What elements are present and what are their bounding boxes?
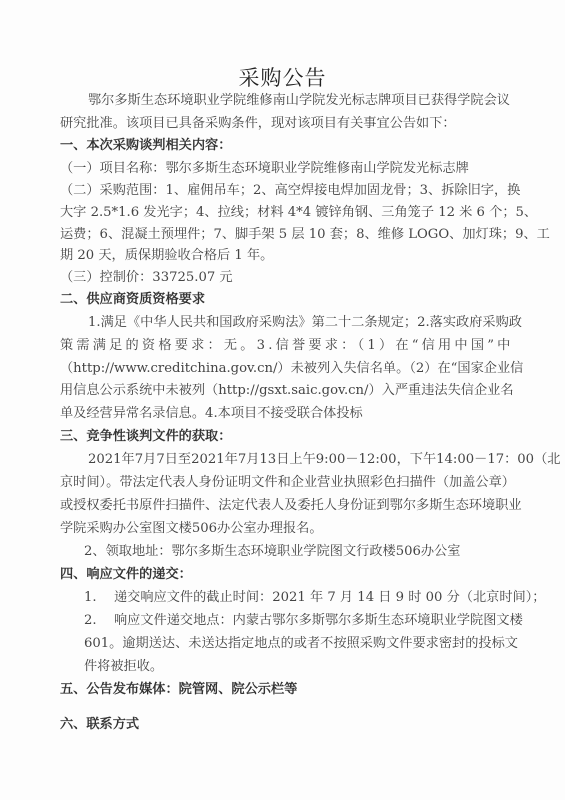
qualification-line-3: （http://www.creditchina.gov.cn/）未被列入失信名单… — [60, 360, 523, 378]
section-4-heading: 四、响应文件的递交： — [60, 566, 192, 584]
project-name-line: （一）项目名称：鄂尔多斯生态环境职业学院维修南山学院发光标志牌 — [60, 160, 469, 178]
qualification-line-1: 1.满足《中华人民共和国政府采购法》第二十二条规定；2.落实政府采购政 — [88, 314, 522, 332]
scope-line-2: 大字 2.5*1.6 发光字；4、拉线；材料 4*4 镀锌角钢、三角笼子 12 … — [60, 204, 537, 222]
section-1-heading: 一、本次采购谈判相关内容： — [60, 137, 231, 155]
intro-line-2: 研究批准。该项目已具备采购条件，现对该项目有关事宜公告如下： — [60, 115, 456, 133]
pickup-address-line: 2、领取地址：鄂尔多斯生态环境职业学院图文行政楼506办公室 — [84, 543, 460, 561]
document-page: 采购公告 鄂尔多斯生态环境职业学院维修南山学院发光标志牌项目已获得学院会议 研究… — [0, 0, 565, 800]
section-3-heading: 三、竞争性谈判文件的获取： — [60, 428, 231, 446]
submission-location-line-2: 601。逾期送达、未送达指定地点的或者不按照采购文件要求密封的投标文 — [84, 635, 518, 653]
control-price-line: （三）控制价：33725.07 元 — [60, 269, 233, 287]
qualification-line-4: 用信息公示系统中未被列（http://gsxt.saic.gov.cn/）入严重… — [60, 382, 514, 400]
section-6-heading: 六、联系方式 — [60, 716, 139, 734]
intro-line-1: 鄂尔多斯生态环境职业学院维修南山学院发光标志牌项目已获得学院会议 — [88, 92, 510, 110]
acquisition-line-4: 学院采购办公室图文楼506办公室办理报名。 — [60, 520, 323, 538]
section-5-heading: 五、公告发布媒体：院管网、院公示栏等 — [60, 681, 297, 699]
acquisition-line-1: 2021年7月7日至2021年7月13日上午9:00－12:00，下午14:00… — [88, 451, 560, 469]
qualification-line-2: 策需满足的资格要求：无。3.信誉要求：（1）在“信用中国”中 — [60, 337, 514, 355]
qualification-line-5: 单及经营异常名录信息。4.本项目不接受联合体投标 — [60, 405, 363, 423]
submission-location-line-1: 2. 响应文件递交地点：内蒙古鄂尔多斯鄂尔多斯生态环境职业学院图文楼 — [84, 612, 523, 630]
acquisition-line-2: 京时间）。带法定代表人身份证明文件和企业营业执照彩色扫描件（加盖公章） — [60, 474, 515, 492]
acquisition-line-3: 或授权委托书原件扫描件、法定代表人及委托人身份证到鄂尔多斯生态环境职业 — [60, 497, 522, 515]
scope-line-3: 运费；6、混凝土预埋件；7、脚手架 5 层 10 套；8、维修 LOGO、加灯珠… — [60, 226, 550, 244]
scope-line-1: （二）采购范围：1、雇佣吊车；2、高空焊接电焊加固龙骨；3、拆除旧字，换 — [60, 182, 520, 200]
section-2-heading: 二、供应商资质资格要求 — [60, 291, 205, 309]
submission-location-line-3: 件将被拒收。 — [84, 658, 163, 676]
scope-line-4: 期 20 天，质保期验收合格后 1 年。 — [60, 247, 273, 265]
submission-deadline-line: 1. 递交响应文件的截止时间：2021 年 7 月 14 日 9 时 00 分（… — [84, 589, 546, 607]
document-title: 采购公告 — [0, 62, 565, 92]
